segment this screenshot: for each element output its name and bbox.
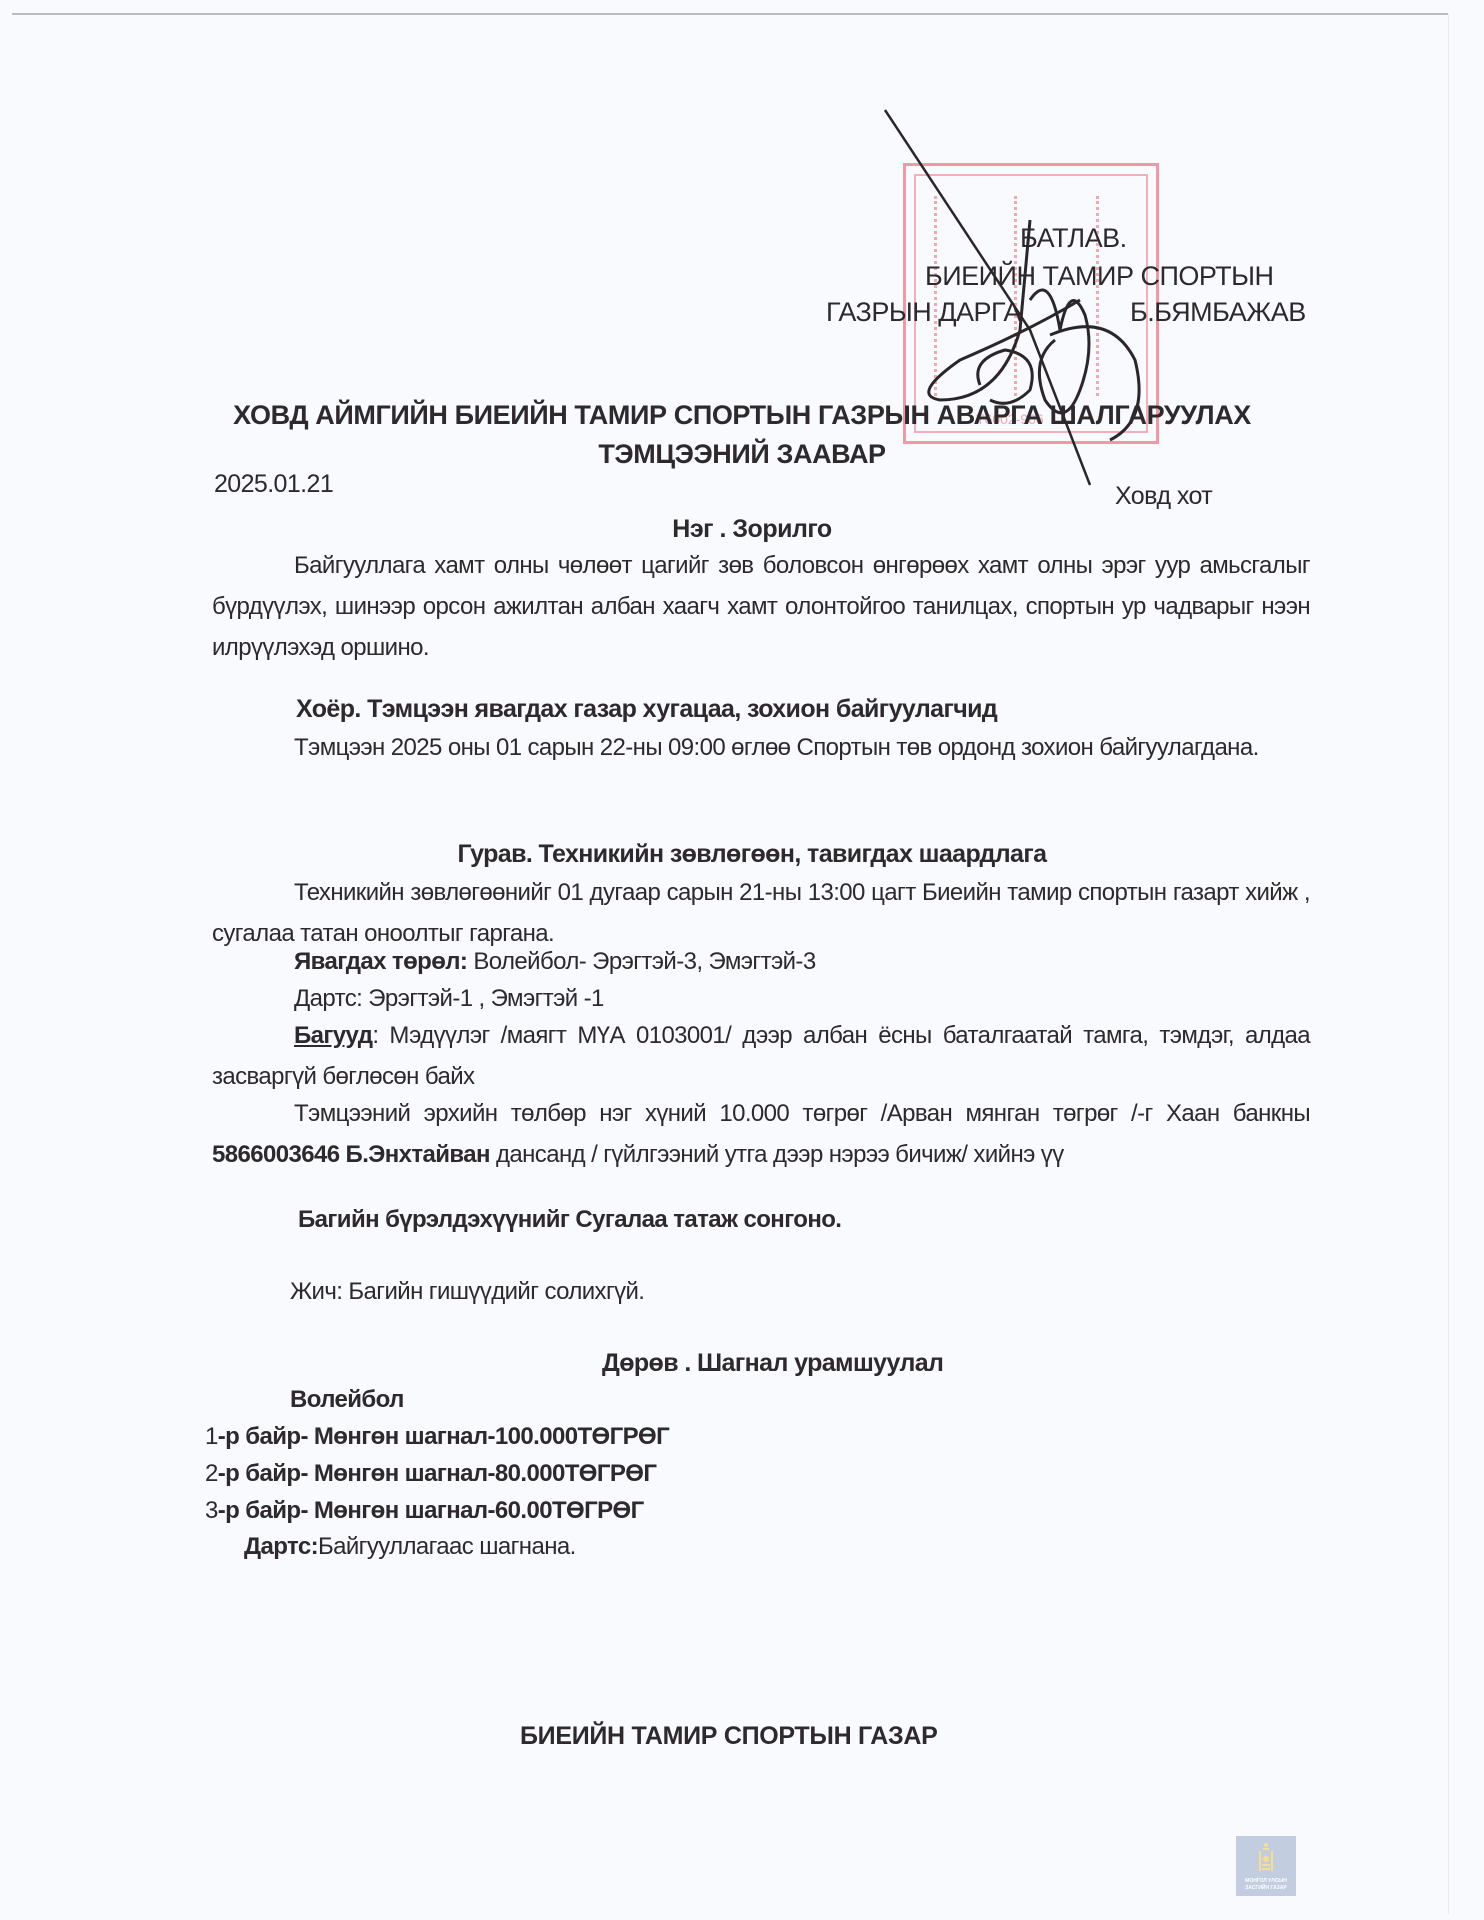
section-one-heading: Нэг . Зорилго: [0, 515, 1484, 544]
darts-prize: Дартс:Байгууллагаас шагнана.: [244, 1532, 576, 1562]
section-three-text: Техникийн зөвлөгөөнийг 01 дугаар сарын 2…: [212, 872, 1310, 954]
events-label: Явагдах төрөл:: [294, 948, 467, 975]
section-four-heading: Дөрөв . Шагнал урамшуулал: [602, 1349, 943, 1378]
section-one-text: Байгууллага хамт олны чөлөөт цагийг зөв …: [212, 545, 1310, 668]
bank-account: 5866003646 Б.Энхтайван: [212, 1141, 490, 1168]
section-two-heading: Хоёр. Тэмцээн явагдах газар хугацаа, зох…: [296, 695, 997, 724]
prize-second: 2-р байр- Мөнгөн шагнал-80.000ТӨГРӨГ: [205, 1459, 656, 1489]
remark: Жич: Багийн гишүүдийг солихгүй.: [290, 1277, 644, 1307]
document-place: Ховд хот: [1115, 482, 1212, 511]
teams-label: Багууд: [294, 1022, 372, 1049]
logo-caption-line1: МОНГОЛ УЛСЫН: [1236, 1878, 1296, 1884]
footer-organization: БИЕИЙН ТАМИР СПОРТЫН ГАЗАР: [520, 1722, 938, 1751]
volleyball-label: Волейбол: [290, 1385, 404, 1415]
government-logo: МОНГОЛ УЛСЫН ЗАСГИЙН ГАЗАР: [1236, 1836, 1296, 1896]
teams-paragraph: Багууд: Мэдүүлэг /маягт МҮА 0103001/ дээ…: [212, 1015, 1310, 1097]
scan-edge-top: [12, 13, 1448, 15]
prize-third: 3-р байр- Мөнгөн шагнал-60.00ТӨГРӨГ: [205, 1496, 644, 1526]
teams-text: : Мэдүүлэг /маягт МҮА 0103001/ дээр алба…: [212, 1022, 1310, 1090]
section-two-text: Тэмцээн 2025 оны 01 сарын 22-ны 09:00 өг…: [212, 727, 1310, 768]
events-value: Волейбол- Эрэгтэй-3, Эмэгтэй-3: [467, 948, 815, 975]
document-title-line1: ХОВД АЙМГИЙН БИЕИЙН ТАМИР СПОРТЫН ГАЗРЫН…: [0, 400, 1484, 431]
scan-edge-right: [1448, 14, 1449, 1914]
events-line: Явагдах төрөл: Волейбол- Эрэгтэй-3, Эмэг…: [294, 947, 816, 977]
draw-note: Багийн бүрэлдэхүүнийг Сугалаа татаж сонг…: [298, 1205, 841, 1235]
prize-first: 1-р байр- Мөнгөн шагнал-100.000ТӨГРӨГ: [205, 1422, 669, 1452]
logo-caption-line2: ЗАСГИЙН ГАЗАР: [1236, 1885, 1296, 1891]
fee-paragraph: Тэмцээний эрхийн төлбөр нэг хүний 10.000…: [212, 1093, 1310, 1175]
soyombo-icon: [1259, 1842, 1273, 1872]
document-title-line2: ТЭМЦЭЭНИЙ ЗААВАР: [0, 439, 1484, 470]
darts-line: Дартс: Эрэгтэй-1 , Эмэгтэй -1: [294, 984, 604, 1014]
section-three-heading: Гурав. Техникийн зөвлөгөөн, тавигдах шаа…: [0, 840, 1484, 869]
document-date: 2025.01.21: [214, 470, 333, 499]
